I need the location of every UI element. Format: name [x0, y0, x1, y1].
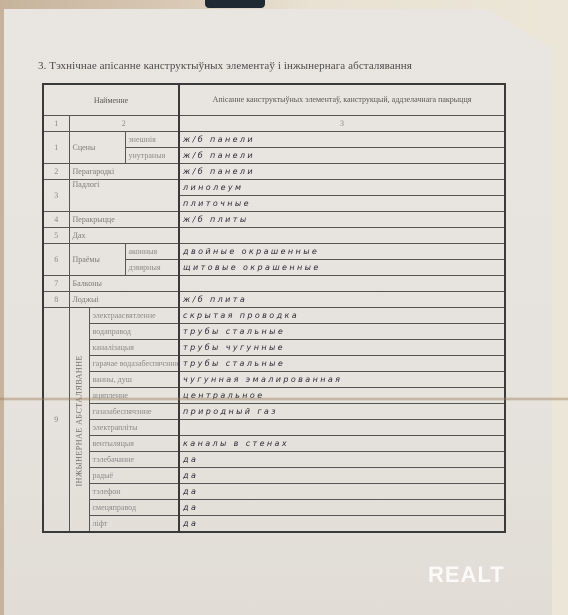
engineering-item-label: тэлефон: [89, 484, 179, 500]
col-num-3: 3: [179, 116, 505, 132]
engineering-item-label: ліфт: [89, 516, 179, 533]
engineering-item-label: гарачае водазабеспячэнне: [89, 356, 179, 372]
row-label: Сцены: [69, 132, 125, 164]
table-row: вентыляцыя каналы в стенах: [43, 436, 505, 452]
row-label: Перагародкі: [69, 164, 179, 180]
table-row: тэлефон да: [43, 484, 505, 500]
column-number-row: 1 2 3: [43, 116, 505, 132]
engineering-item-value: да: [179, 484, 505, 500]
engineering-item-value: каналы в стенах: [179, 436, 505, 452]
row-sublabel: аконныя: [125, 244, 179, 260]
background-object: [205, 0, 265, 8]
header-name: Найменне: [43, 84, 179, 116]
engineering-item-label: электраплiты: [89, 420, 179, 436]
row-label: Лоджыі: [69, 292, 179, 308]
row-value: ж/б панели: [179, 132, 505, 148]
col-num-1: 1: [43, 116, 69, 132]
engineering-item-value: чугунная эмалированная: [179, 372, 505, 388]
row-value: [179, 228, 505, 244]
row-sublabel: унутраныя: [125, 148, 179, 164]
row-num: 5: [43, 228, 69, 244]
col-num-2: 2: [69, 116, 179, 132]
technical-description-table: Найменне Апісанне канструктыўных элемент…: [42, 83, 506, 533]
table-row: 3 Падлогі линолеум: [43, 180, 505, 196]
engineering-item-label: газазабеспячэнне: [89, 404, 179, 420]
engineering-item-value: да: [179, 500, 505, 516]
table-row: ацяпленне центральное: [43, 388, 505, 404]
engineering-item-value: центральное: [179, 388, 505, 404]
engineering-item-value: да: [179, 516, 505, 533]
table-row: ванны, душ чугунная эмалированная: [43, 372, 505, 388]
row-label: Падлогі: [69, 180, 179, 212]
engineering-item-label: тэлебачанне: [89, 452, 179, 468]
engineering-item-label: ванны, душ: [89, 372, 179, 388]
table-row: 9 ІНЖЫНЕРНАЕ АБСТАЛЯВАННЕ электраасвятле…: [43, 308, 505, 324]
table-row: 8 Лоджыі ж/б плита: [43, 292, 505, 308]
row-num: 8: [43, 292, 69, 308]
table-row: радыё да: [43, 468, 505, 484]
engineering-group-label: ІНЖЫНЕРНАЕ АБСТАЛЯВАННЕ: [69, 308, 89, 533]
table-row: 4 Перакрыцце ж/б плиты: [43, 212, 505, 228]
row-value: ж/б плиты: [179, 212, 505, 228]
row-num: 2: [43, 164, 69, 180]
row-value: плиточные: [179, 196, 505, 212]
row-label: Дах: [69, 228, 179, 244]
engineering-item-value: трубы стальные: [179, 324, 505, 340]
row-value: [179, 276, 505, 292]
row-num: 6: [43, 244, 69, 276]
table-row: 1 Сцены знешнія ж/б панели: [43, 132, 505, 148]
engineering-item-label: водаправод: [89, 324, 179, 340]
engineering-item-label: смецяправод: [89, 500, 179, 516]
table-header-row: Найменне Апісанне канструктыўных элемент…: [43, 84, 505, 116]
table-row: 6 Праёмы аконныя двойные окрашенные: [43, 244, 505, 260]
row-value: ж/б панели: [179, 164, 505, 180]
table-row: газазабеспячэнне природный газ: [43, 404, 505, 420]
table-row: электраплiты: [43, 420, 505, 436]
row-value: щитовые окрашенные: [179, 260, 505, 276]
engineering-item-label: вентыляцыя: [89, 436, 179, 452]
engineering-item-value: трубы стальные: [179, 356, 505, 372]
table-row: водаправод трубы стальные: [43, 324, 505, 340]
engineering-item-value: [179, 420, 505, 436]
row-num: 4: [43, 212, 69, 228]
row-sublabel: знешнія: [125, 132, 179, 148]
row-value: линолеум: [179, 180, 505, 196]
row-sublabel: дзвярныя: [125, 260, 179, 276]
row-num: 1: [43, 132, 69, 164]
table-row: 7 Балконы: [43, 276, 505, 292]
table-row: ліфт да: [43, 516, 505, 533]
header-description: Апісанне канструктыўных элементаў, канст…: [179, 84, 505, 116]
engineering-item-label: каналізацыя: [89, 340, 179, 356]
table-row: 2 Перагародкі ж/б панели: [43, 164, 505, 180]
row-value: двойные окрашенные: [179, 244, 505, 260]
row-num: 9: [43, 308, 69, 533]
engineering-item-label: ацяпленне: [89, 388, 179, 404]
engineering-item-value: трубы чугунные: [179, 340, 505, 356]
engineering-item-value: скрытая проводка: [179, 308, 505, 324]
row-label: Перакрыцце: [69, 212, 179, 228]
table-row: смецяправод да: [43, 500, 505, 516]
engineering-item-value: да: [179, 468, 505, 484]
engineering-item-label: радыё: [89, 468, 179, 484]
engineering-item-label: электраасвятленне: [89, 308, 179, 324]
row-num: 3: [43, 180, 69, 212]
row-num: 7: [43, 276, 69, 292]
table-row: гарачае водазабеспячэнне трубы стальные: [43, 356, 505, 372]
table-row: тэлебачанне да: [43, 452, 505, 468]
section-heading: 3. Тэхнічнае апісанне канструктыўных эле…: [38, 60, 412, 72]
table-row: 5 Дах: [43, 228, 505, 244]
row-value: ж/б плита: [179, 292, 505, 308]
paper-fold-line: [0, 397, 568, 401]
row-value: ж/б панели: [179, 148, 505, 164]
engineering-item-value: природный газ: [179, 404, 505, 420]
table-row: каналізацыя трубы чугунные: [43, 340, 505, 356]
watermark-logo: REALT: [428, 562, 505, 588]
row-label: Балконы: [69, 276, 179, 292]
engineering-item-value: да: [179, 452, 505, 468]
row-label: Праёмы: [69, 244, 125, 276]
